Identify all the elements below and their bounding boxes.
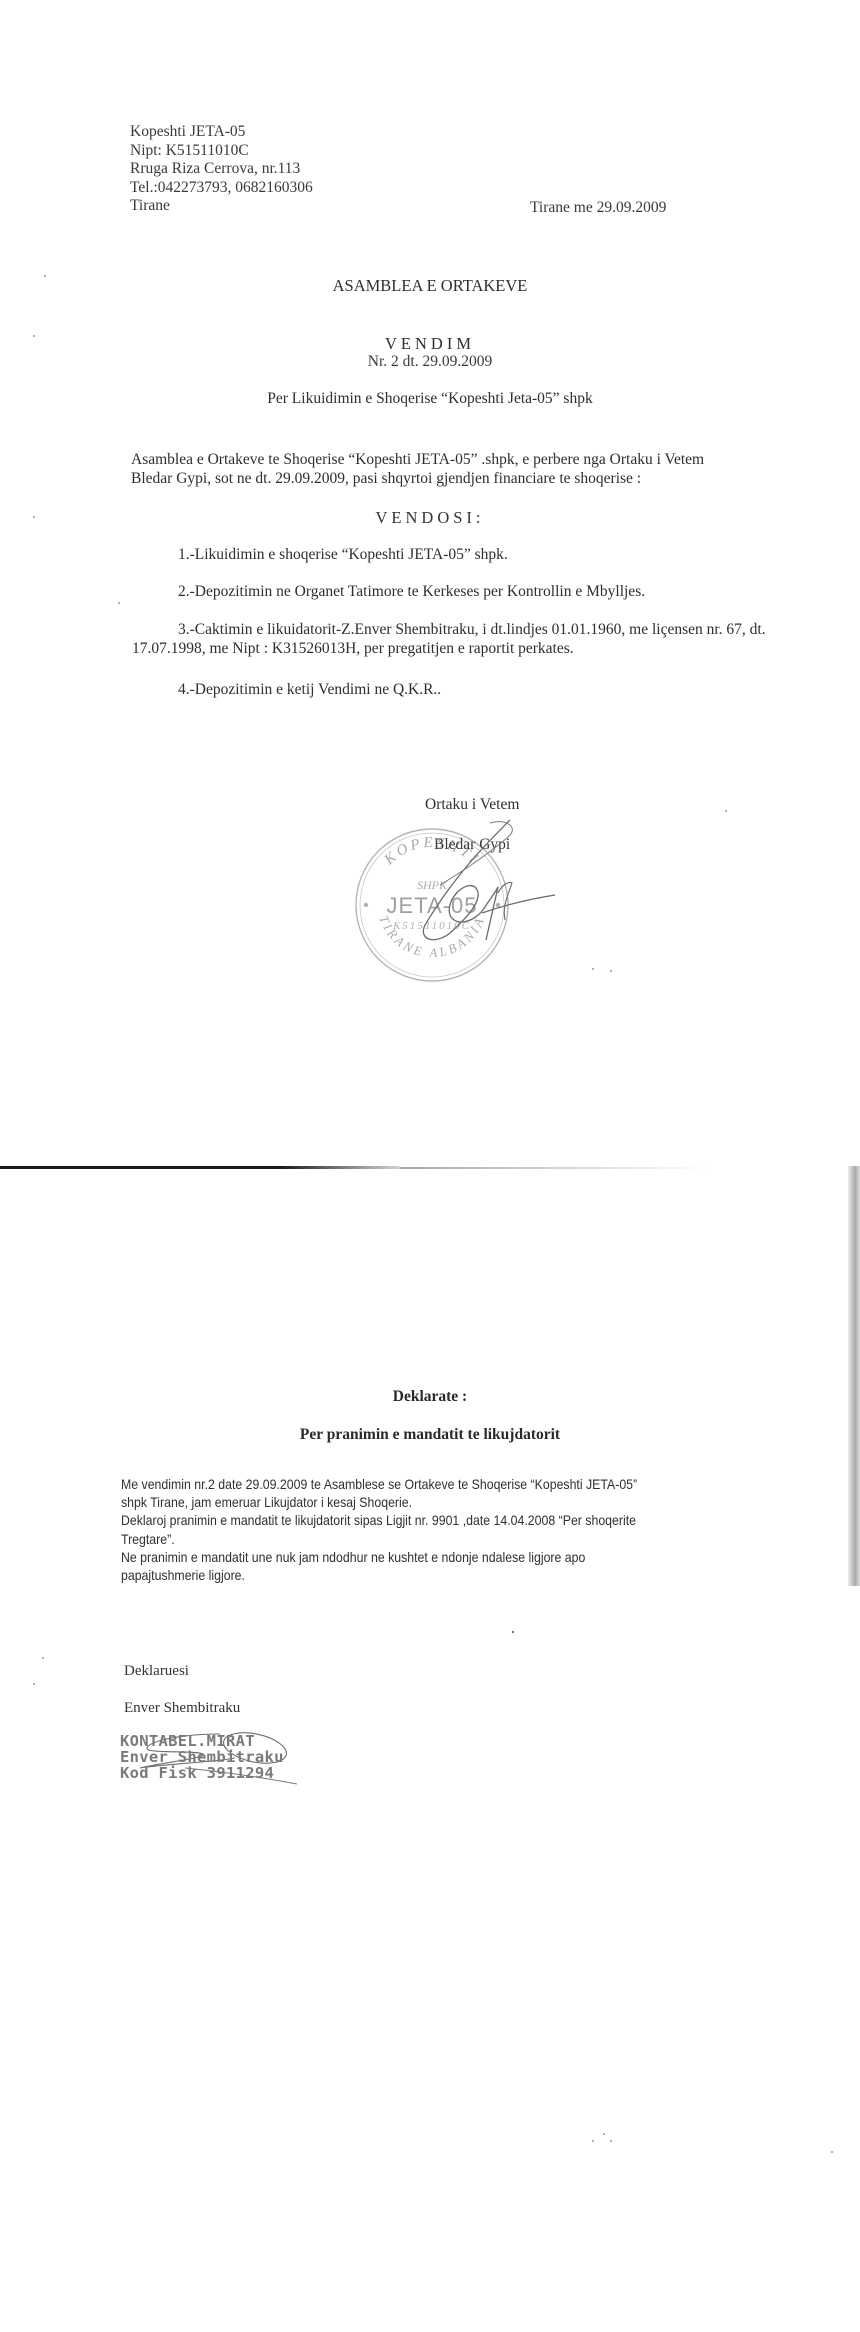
company-address: Rruga Riza Cerrova, nr.113 xyxy=(130,160,313,179)
declaration-line: Deklaroj pranimin e mandatit te likujdat… xyxy=(121,1511,637,1529)
decision-number: Nr. 2 dt. 29.09.2009 xyxy=(0,353,860,371)
accountant-stamp: KONTABEL.MIRAT Enver Shembitraku Kod Fis… xyxy=(120,1733,284,1781)
decision-item-4: 4.-Depozitimin e ketij Vendimi ne Q.K.R.… xyxy=(178,681,441,699)
scan-speck xyxy=(831,2151,833,2153)
declaration-line: Tregtare”. xyxy=(121,1530,637,1548)
decision-item-1: 1.-Likuidimin e shoqerise “Kopeshti JETA… xyxy=(178,546,508,564)
decision-item-2: 2.-Depozitimin ne Organet Tatimore te Ke… xyxy=(178,583,645,601)
signatory-role: Ortaku i Vetem xyxy=(425,796,519,814)
decides-title: VENDOSI: xyxy=(0,508,860,528)
scan-speck xyxy=(603,2133,605,2135)
scan-speck xyxy=(725,810,727,812)
declaration-subtitle: Per pranimin e mandatit te likujdatorit xyxy=(0,1426,860,1444)
declaration-line: shpk Tirane, jam emeruar Likujdator i ke… xyxy=(121,1493,637,1511)
stamp-line: Kod Fisk 3911294 xyxy=(120,1765,284,1781)
assembly-title: ASAMBLEA E ORTAKEVE xyxy=(0,276,860,296)
page-separator xyxy=(0,1166,400,1169)
company-header: Kopeshti JETA-05 Nipt: K51511010C Rruga … xyxy=(130,123,313,216)
scan-speck xyxy=(44,275,46,277)
scan-speck xyxy=(42,1657,44,1659)
company-nipt: Nipt: K51511010C xyxy=(130,142,313,161)
company-city: Tirane xyxy=(130,197,313,216)
company-phone: Tel.:042273793, 0682160306 xyxy=(130,179,313,198)
company-name: Kopeshti JETA-05 xyxy=(130,123,313,142)
scan-speck xyxy=(33,335,35,337)
scan-speck xyxy=(610,2140,612,2142)
scan-speck xyxy=(33,516,35,518)
scan-speck xyxy=(118,602,120,604)
declaration-line: Me vendimin nr.2 date 29.09.2009 te Asam… xyxy=(121,1475,637,1493)
declaration-line: papajtushmerie ligjore. xyxy=(121,1566,637,1584)
scan-speck xyxy=(512,1631,514,1633)
scan-right-edge xyxy=(848,1166,860,1586)
decision-subject: Per Likuidimin e Shoqerise “Kopeshti Jet… xyxy=(0,390,860,408)
declaration-line: Ne pranimin e mandatit une nuk jam ndodh… xyxy=(121,1548,637,1566)
declaration-title: Deklarate : xyxy=(0,1388,860,1406)
scan-speck xyxy=(33,1683,35,1685)
intro-line: Asamblea e Ortakeve te Shoqerise “Kopesh… xyxy=(131,451,704,470)
intro-paragraph: Asamblea e Ortakeve te Shoqerise “Kopesh… xyxy=(131,451,704,488)
scan-speck xyxy=(592,968,594,970)
declaration-body: Me vendimin nr.2 date 29.09.2009 te Asam… xyxy=(121,1475,637,1584)
decision-title: VENDIM xyxy=(0,334,860,354)
decision-page: Kopeshti JETA-05 Nipt: K51511010C Rruga … xyxy=(0,0,860,1168)
scan-speck xyxy=(592,2140,594,2142)
scan-speck xyxy=(610,970,612,972)
page-separator-fade xyxy=(400,1167,710,1169)
document-date: Tirane me 29.09.2009 xyxy=(530,199,666,217)
declarer-name: Enver Shembitraku xyxy=(124,1700,240,1717)
signature-bledar-gypi xyxy=(390,815,565,955)
declarer-role: Deklaruesi xyxy=(124,1663,189,1680)
stamp-line: KONTABEL.MIRAT xyxy=(120,1733,284,1749)
intro-line: Bledar Gypi, sot ne dt. 29.09.2009, pasi… xyxy=(131,470,704,489)
stamp-line: Enver Shembitraku xyxy=(120,1749,284,1765)
decision-item-3: 3.-Caktimin e likuidatorit-Z.Enver Shemb… xyxy=(178,621,766,639)
decision-item-3-continued: 17.07.1998, me Nipt : K31526013H, per pr… xyxy=(132,640,574,658)
